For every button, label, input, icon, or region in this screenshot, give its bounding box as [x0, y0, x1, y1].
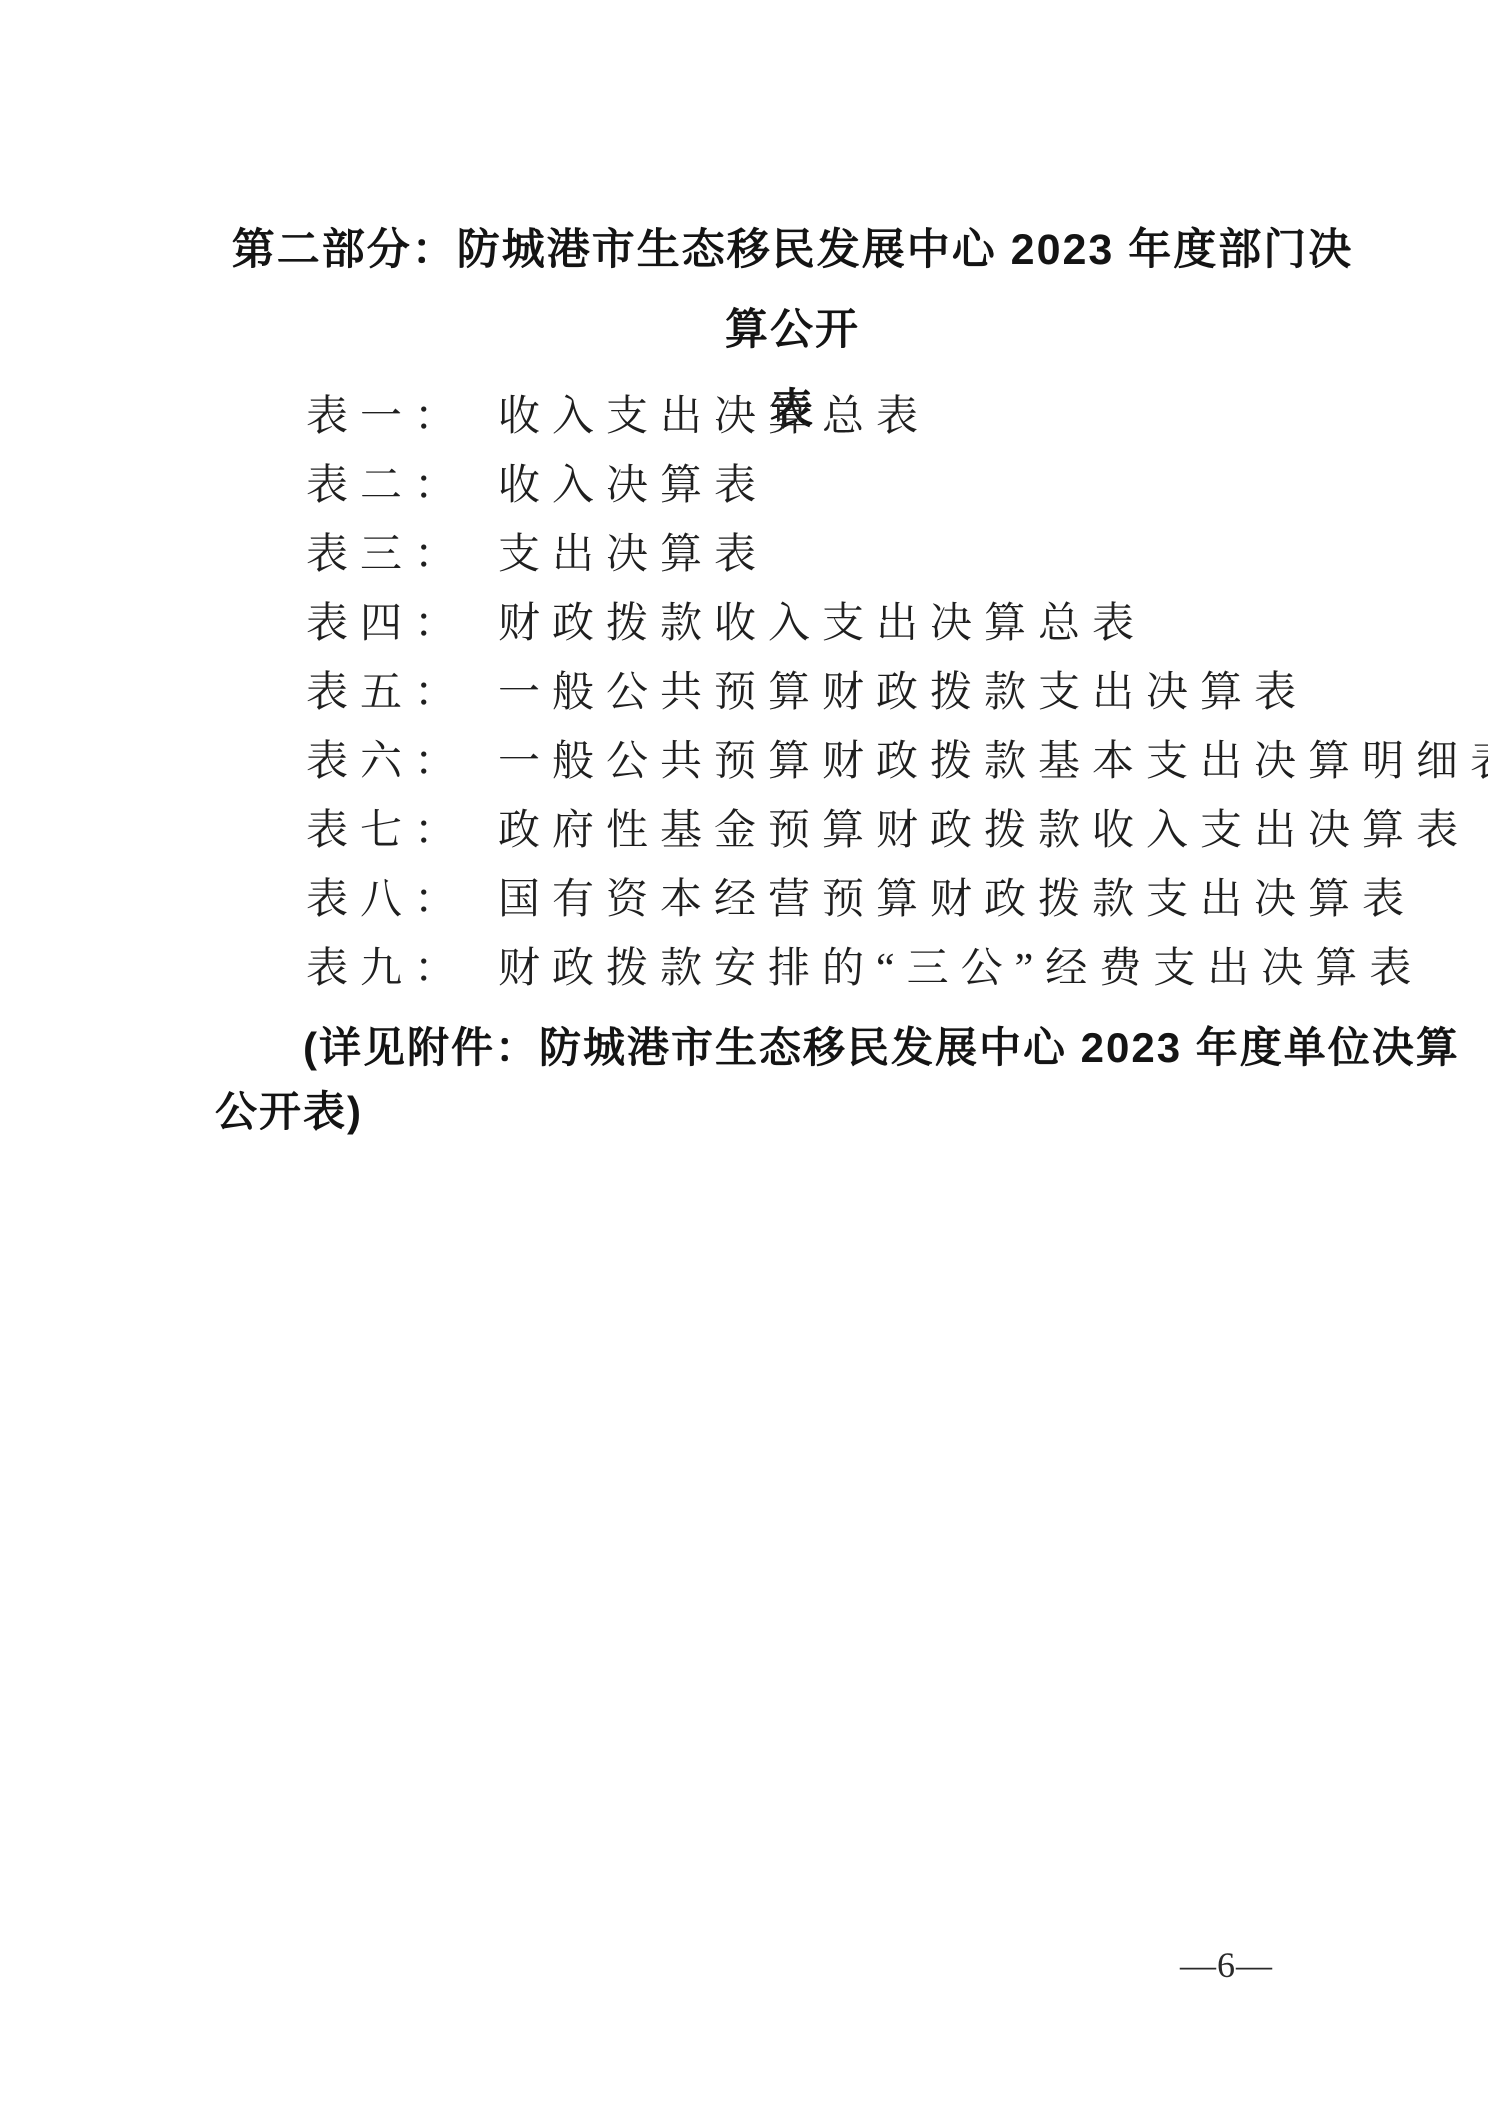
table8-prefix: 表八： [306, 866, 468, 935]
page-number: —6— [1180, 1944, 1273, 1986]
table9-label: 财政拨款安排的“三公”经费支出决算表 [498, 946, 1423, 992]
list-item-table6: 表六：一般公共预算财政拨款基本支出决算明细表 [306, 728, 1488, 797]
table2-prefix: 表二： [306, 452, 468, 521]
attachment-note-line1: (详见附件：防城港市生态移民发展中心 2023 年度单位决算 [215, 1016, 1395, 1080]
table6-label: 一般公共预算财政拨款基本支出决算明细表 [498, 739, 1488, 785]
table3-label: 支出决算表 [498, 532, 768, 578]
table7-label: 政府性基金预算财政拨款收入支出决算表 [498, 808, 1470, 854]
table6-prefix: 表六： [306, 728, 468, 797]
table3-prefix: 表三： [306, 521, 468, 590]
list-item-table9: 表九：财政拨款安排的“三公”经费支出决算表 [306, 935, 1488, 1004]
attachment-note: (详见附件：防城港市生态移民发展中心 2023 年度单位决算 公开表) [215, 1016, 1395, 1144]
list-item-table8: 表八：国有资本经营预算财政拨款支出决算表 [306, 866, 1488, 935]
document-page: 第二部分：防城港市生态移民发展中心 2023 年度部门决算公开 表 表一：收入支… [0, 0, 1488, 2104]
list-item-table2: 表二：收入决算表 [306, 452, 1488, 521]
table4-label: 财政拨款收入支出决算总表 [498, 601, 1146, 647]
table7-prefix: 表七： [306, 797, 468, 866]
table9-prefix: 表九： [306, 935, 468, 1004]
table5-label: 一般公共预算财政拨款支出决算表 [498, 670, 1308, 716]
list-item-table7: 表七：政府性基金预算财政拨款收入支出决算表 [306, 797, 1488, 866]
list-item-table4: 表四：财政拨款收入支出决算总表 [306, 590, 1488, 659]
list-item-table5: 表五：一般公共预算财政拨款支出决算表 [306, 659, 1488, 728]
list-item-table1: 表一：收入支出决算总表 [306, 383, 1488, 452]
table5-prefix: 表五： [306, 659, 468, 728]
table1-prefix: 表一： [306, 383, 468, 452]
table1-label: 收入支出决算总表 [498, 394, 930, 440]
table-list: 表一：收入支出决算总表 表二：收入决算表 表三：支出决算表 表四：财政拨款收入支… [306, 383, 1488, 1004]
list-item-table3: 表三：支出决算表 [306, 521, 1488, 590]
section-title-line1: 第二部分：防城港市生态移民发展中心 2023 年度部门决算公开 [215, 210, 1370, 370]
table8-label: 国有资本经营预算财政拨款支出决算表 [498, 877, 1416, 923]
table2-label: 收入决算表 [498, 463, 768, 509]
attachment-note-line2: 公开表) [215, 1080, 1395, 1144]
table4-prefix: 表四： [306, 590, 468, 659]
